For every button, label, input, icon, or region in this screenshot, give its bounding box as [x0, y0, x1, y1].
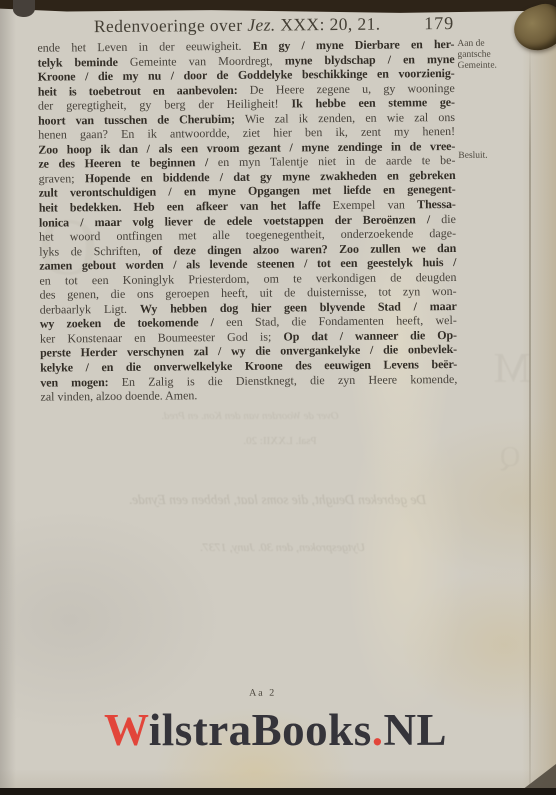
text-segment: een Stad, die Fondamenten heeft, wel- [226, 313, 457, 329]
margin-note-line: gantsche [457, 49, 529, 60]
bookseller-watermark: WilstraBooks.NL [104, 704, 447, 756]
body-text: ende het Leven in der eeuwigheit. En gy … [37, 37, 457, 404]
text-segment: hoort van tusschen de Cherubim; [38, 112, 245, 128]
page-number: 179 [424, 13, 454, 34]
text-segment: derbaarlyk Ligt. [40, 302, 140, 317]
text-segment: De Heere zegene u, gy wooninge [250, 81, 455, 97]
top-left-smudge [13, 0, 35, 17]
text-segment: En gy / myne Dierbare en her- [253, 37, 455, 53]
body-line: zal vinden, alzoo doende. Amen. [40, 386, 457, 404]
scanned-book-page: Redenvoeringe over Jez. XXX: 20, 21. 179… [0, 0, 556, 795]
text-segment: heit is toebetrout en aanbevolen: [38, 82, 250, 98]
watermark-text: ilstraBooks [149, 705, 372, 755]
header-title-ref: Jez. [247, 15, 276, 35]
text-segment: Wie zal ik zenden, en wie zal ons [245, 110, 455, 126]
margin-note-line: Gemeinte. [458, 60, 530, 71]
text-segment: En Zalig is die Dienstknegt, die zyn Hee… [122, 372, 458, 389]
page-content: Redenvoeringe over Jez. XXX: 20, 21. 179… [0, 0, 556, 795]
margin-note-line: Besluit. [458, 150, 530, 161]
watermark-accent: . [372, 705, 384, 755]
text-segment: Thessa- [417, 197, 456, 211]
header-title-suffix: XXX: 20, 21. [276, 14, 381, 35]
text-segment: wy zoeken de toekomende / [40, 315, 226, 331]
text-segment: Ik hebbe een stemme ge- [291, 95, 455, 110]
watermark-accent: W [104, 705, 149, 755]
running-header: Redenvoeringe over Jez. XXX: 20, 21. [58, 13, 416, 37]
signature-mark: Aa 2 [249, 688, 276, 699]
text-segment: ven mogen: [40, 374, 121, 389]
bottom-scan-border [0, 788, 556, 795]
page-fold-line [529, 42, 531, 787]
text-segment: Gemeinte van Moordregt, [130, 53, 285, 68]
text-segment: Op dat / wanneer die Op- [283, 328, 457, 344]
text-segment: ze des Heeren te beginnen / [38, 155, 218, 171]
text-segment: der geregtigheit, gy berg der Heiligheit… [38, 97, 292, 113]
text-segment: myne blydschap / en myne [285, 52, 455, 67]
header-title-prefix: Redenvoeringe over [94, 15, 248, 36]
text-segment: telyk beminde [37, 54, 129, 69]
text-segment: en myn Talentje niet in de aarde te be- [218, 153, 456, 169]
text-segment: ende het Leven in der eeuwigheit. [37, 39, 253, 55]
text-segment: ker Konstenaar en Boumeester God is; [40, 329, 284, 345]
text-segment: Exempel van [333, 197, 418, 212]
watermark-text: NL [383, 705, 447, 755]
margin-note: Besluit. [458, 150, 530, 161]
text-segment: graven; [38, 171, 85, 185]
text-segment: die [441, 212, 456, 226]
text-segment: lyks de Schriften, [39, 243, 152, 258]
text-segment: zal vinden, alzoo doende. Amen. [40, 388, 197, 403]
